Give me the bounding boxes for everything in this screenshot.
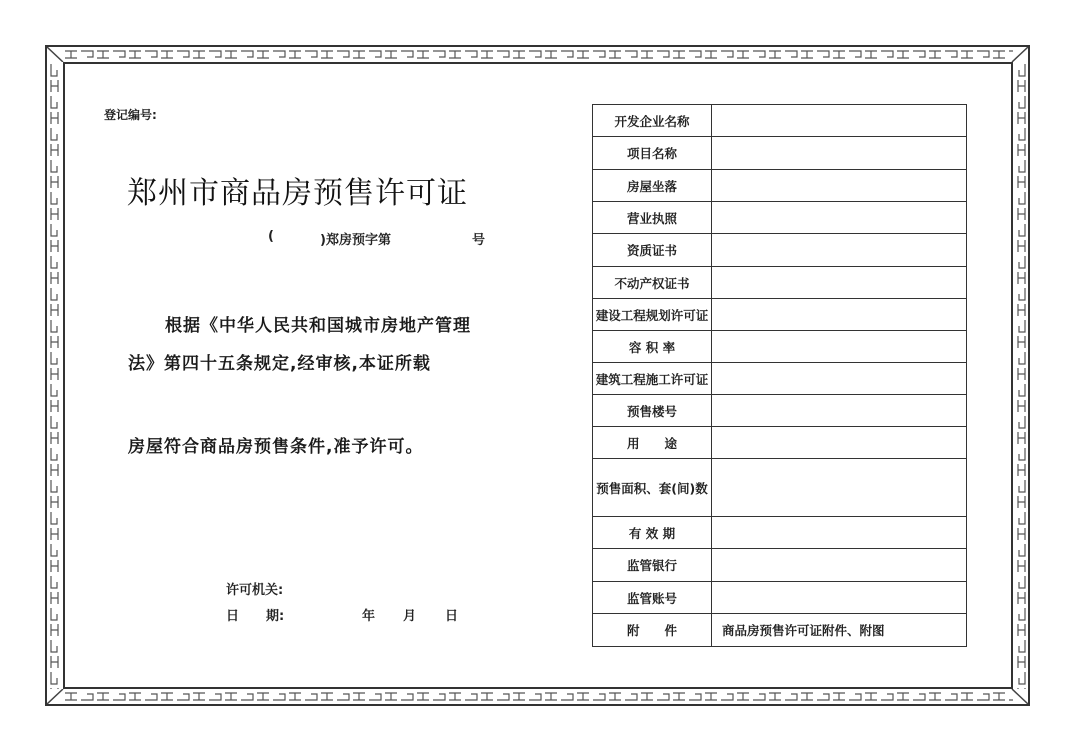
table-row: 用 途 xyxy=(593,427,967,459)
issuing-authority-label: 许可机关: xyxy=(226,579,283,598)
date-month-label: 月 xyxy=(403,605,416,624)
field-value xyxy=(712,582,967,614)
field-label: 不动产权证书 xyxy=(593,267,712,299)
field-label: 监管账号 xyxy=(593,582,712,614)
doc-number-open-paren: ( xyxy=(268,229,274,244)
registration-number-label: 登记编号: xyxy=(104,106,157,123)
body-text-line-1: 根据《中华人民共和国城市房地产管理 xyxy=(165,311,471,336)
field-label: 建设工程规划许可证 xyxy=(593,299,712,331)
fret-pattern-top xyxy=(47,47,1028,62)
field-value xyxy=(712,234,967,267)
field-value xyxy=(712,363,967,395)
date-day-label: 日 xyxy=(445,605,458,624)
doc-number-suffix: 号 xyxy=(472,229,485,248)
field-value xyxy=(712,170,967,202)
table-row: 监管银行 xyxy=(593,549,967,582)
table-row: 不动产权证书 xyxy=(593,267,967,299)
field-label: 容 积 率 xyxy=(593,331,712,363)
table-row: 预售面积、套(间)数 xyxy=(593,459,967,517)
field-value xyxy=(712,105,967,137)
table-row: 附 件商品房预售许可证附件、附图 xyxy=(593,614,967,647)
field-label: 用 途 xyxy=(593,427,712,459)
field-label: 资质证书 xyxy=(593,234,712,267)
field-value xyxy=(712,137,967,170)
field-value xyxy=(712,395,967,427)
table-row: 建设工程规划许可证 xyxy=(593,299,967,331)
field-value xyxy=(712,267,967,299)
date-year-label: 年 xyxy=(362,605,375,624)
field-value xyxy=(712,459,967,517)
field-label: 开发企业名称 xyxy=(593,105,712,137)
body-text-line-3: 房屋符合商品房预售条件,准予许可。 xyxy=(128,432,423,457)
table-row: 预售楼号 xyxy=(593,395,967,427)
field-label: 预售楼号 xyxy=(593,395,712,427)
field-label: 预售面积、套(间)数 xyxy=(593,459,712,517)
date-label-qi: 期: xyxy=(266,605,284,624)
field-value xyxy=(712,202,967,234)
body-text-line-2: 法》第四十五条规定,经审核,本证所载 xyxy=(128,349,431,374)
fret-pattern-right xyxy=(1013,62,1029,689)
field-value xyxy=(712,331,967,363)
table-row: 房屋坐落 xyxy=(593,170,967,202)
certificate-title: 郑州市商品房预售许可证 xyxy=(127,168,468,212)
field-label: 项目名称 xyxy=(593,137,712,170)
doc-number-prefix: )郑房预字第 xyxy=(320,229,391,248)
fret-pattern-bottom xyxy=(47,689,1028,704)
certificate-info-table: 开发企业名称项目名称房屋坐落营业执照资质证书不动产权证书建设工程规划许可证容 积… xyxy=(592,104,967,647)
table-row: 容 积 率 xyxy=(593,331,967,363)
fret-pattern-left xyxy=(47,62,63,689)
field-label: 附 件 xyxy=(593,614,712,647)
table-row: 建筑工程施工许可证 xyxy=(593,363,967,395)
field-value xyxy=(712,517,967,549)
field-value: 商品房预售许可证附件、附图 xyxy=(712,614,967,647)
table-row: 资质证书 xyxy=(593,234,967,267)
field-label: 房屋坐落 xyxy=(593,170,712,202)
field-label: 建筑工程施工许可证 xyxy=(593,363,712,395)
field-label: 有 效 期 xyxy=(593,517,712,549)
field-label: 营业执照 xyxy=(593,202,712,234)
field-label: 监管银行 xyxy=(593,549,712,582)
table-row: 监管账号 xyxy=(593,582,967,614)
field-value xyxy=(712,299,967,331)
date-label-ri: 日 xyxy=(226,605,239,624)
field-value xyxy=(712,549,967,582)
table-row: 开发企业名称 xyxy=(593,105,967,137)
table-row: 项目名称 xyxy=(593,137,967,170)
table-row: 营业执照 xyxy=(593,202,967,234)
field-value xyxy=(712,427,967,459)
table-row: 有 效 期 xyxy=(593,517,967,549)
